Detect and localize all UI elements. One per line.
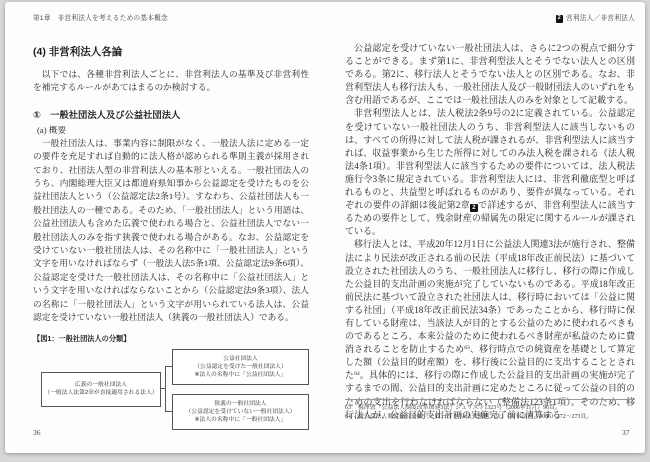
figure-box-line: 狭義の一般社団法人 <box>214 400 266 408</box>
figure-box-line: （公益認定を受けた一般社団法人） <box>194 363 287 371</box>
footnote-64: 64 新公益法人制度研究会編『一問一答 公益法人関連三法』（商事法務、2006）… <box>345 413 635 422</box>
sub-heading-gaiyou: (a) 概要 <box>33 124 309 136</box>
figure-box-line: ※法人の名称中に「公益社団法人」 <box>195 371 287 379</box>
figure-box-line: 公益社団法人 <box>223 355 258 363</box>
intro-paragraph: 以下では、各種非営利法人ごとに、非営利法人の基準及び非営利性を補完するルールがあ… <box>33 68 309 95</box>
right-paragraph-2: 非営利型法人とは、法人税法2条9号の2に定義されている。公益認定を受けていない一… <box>345 107 635 238</box>
left-page: (4) 非営利法人各論 以下では、各種非営利法人ごとに、非営利法人の基準及び非営… <box>33 0 309 433</box>
figure-box-line: ※法人の名称中に「一般社団法人」 <box>195 416 287 424</box>
item-heading: ① 一般社団法人及び公益社団法人 <box>33 109 309 121</box>
page-number-right: 37 <box>622 428 630 437</box>
section-heading: (4) 非営利法人各論 <box>33 46 309 59</box>
footnote-number: 63 <box>345 404 358 413</box>
figure-box-line: 広義の一般社団法人 <box>75 381 127 389</box>
chapter-2-badge-icon: 2 <box>470 204 478 212</box>
figure-caption: 【図1：一般社団法人の分類】 <box>33 334 309 343</box>
paragraph-text: 非営利型法人とは、法人税法2条9号の2に定義されている。公益認定を受けていない一… <box>345 108 635 210</box>
footnote-text: 新公益法人制度研究会編『一問一答 公益法人関連三法』（商事法務、2006）272… <box>358 413 635 422</box>
footnote-text: 梅澤敦「公益法人制度改革関連3法」ジュリスト1323号（2006年11月）96頁… <box>358 404 635 413</box>
footnote-number: 64 <box>345 413 358 422</box>
footnotes-block: 63 梅澤敦「公益法人制度改革関連3法」ジュリスト1323号（2006年11月）… <box>345 399 635 421</box>
page-number-left: 36 <box>33 428 41 437</box>
right-page: 公益認定を受けていない一般社団法人は、さらに2つの視点で細分することができる。ま… <box>345 0 635 422</box>
figure-box-line: （一般法人法第2章が直接適用される法人） <box>44 389 157 397</box>
figure-box-kyogi-ippan: 狭義の一般社団法人 （公益認定を受けていない一般社団法人） ※法人の名称中に「一… <box>172 394 309 430</box>
figure-box-koeki: 公益社団法人 （公益認定を受けた一般社団法人） ※法人の名称中に「公益社団法人」 <box>172 349 309 385</box>
figure-box-broad-ippan: 広義の一般社団法人 （一般法人法第2章が直接適用される法人） <box>41 372 161 407</box>
footnote-divider <box>345 399 635 400</box>
connector-line <box>165 411 172 412</box>
figure-diagram: 広義の一般社団法人 （一般法人法第2章が直接適用される法人） 公益社団法人 （公… <box>33 349 309 433</box>
connector-line <box>165 366 172 367</box>
book-spread: 第1章 非営利法人を考えるための基本概念 2 営利法人／非営利法人 (4) 非営… <box>0 0 650 462</box>
footnote-63: 63 梅澤敦「公益法人制度改革関連3法」ジュリスト1323号（2006年11月）… <box>345 404 635 413</box>
connector-line <box>165 366 166 412</box>
left-body-paragraph: 一般社団法人は、事業内容に制限がなく、一般法人法に定める一定の要件を充足すれば自… <box>33 137 309 325</box>
right-paragraph-3: 移行法人とは、平成20年12月1日に公益法人関連3法が施行され、整備法により民法… <box>345 238 635 421</box>
figure-box-line: （公益認定を受けていない一般社団法人） <box>185 408 295 416</box>
paragraph-text: 移行法人とは、平成20年12月1日に公益法人関連3法が施行され、整備法により民法… <box>345 239 635 354</box>
right-paragraph-1: 公益認定を受けていない一般社団法人は、さらに2つの視点で細分することができる。ま… <box>345 42 635 107</box>
